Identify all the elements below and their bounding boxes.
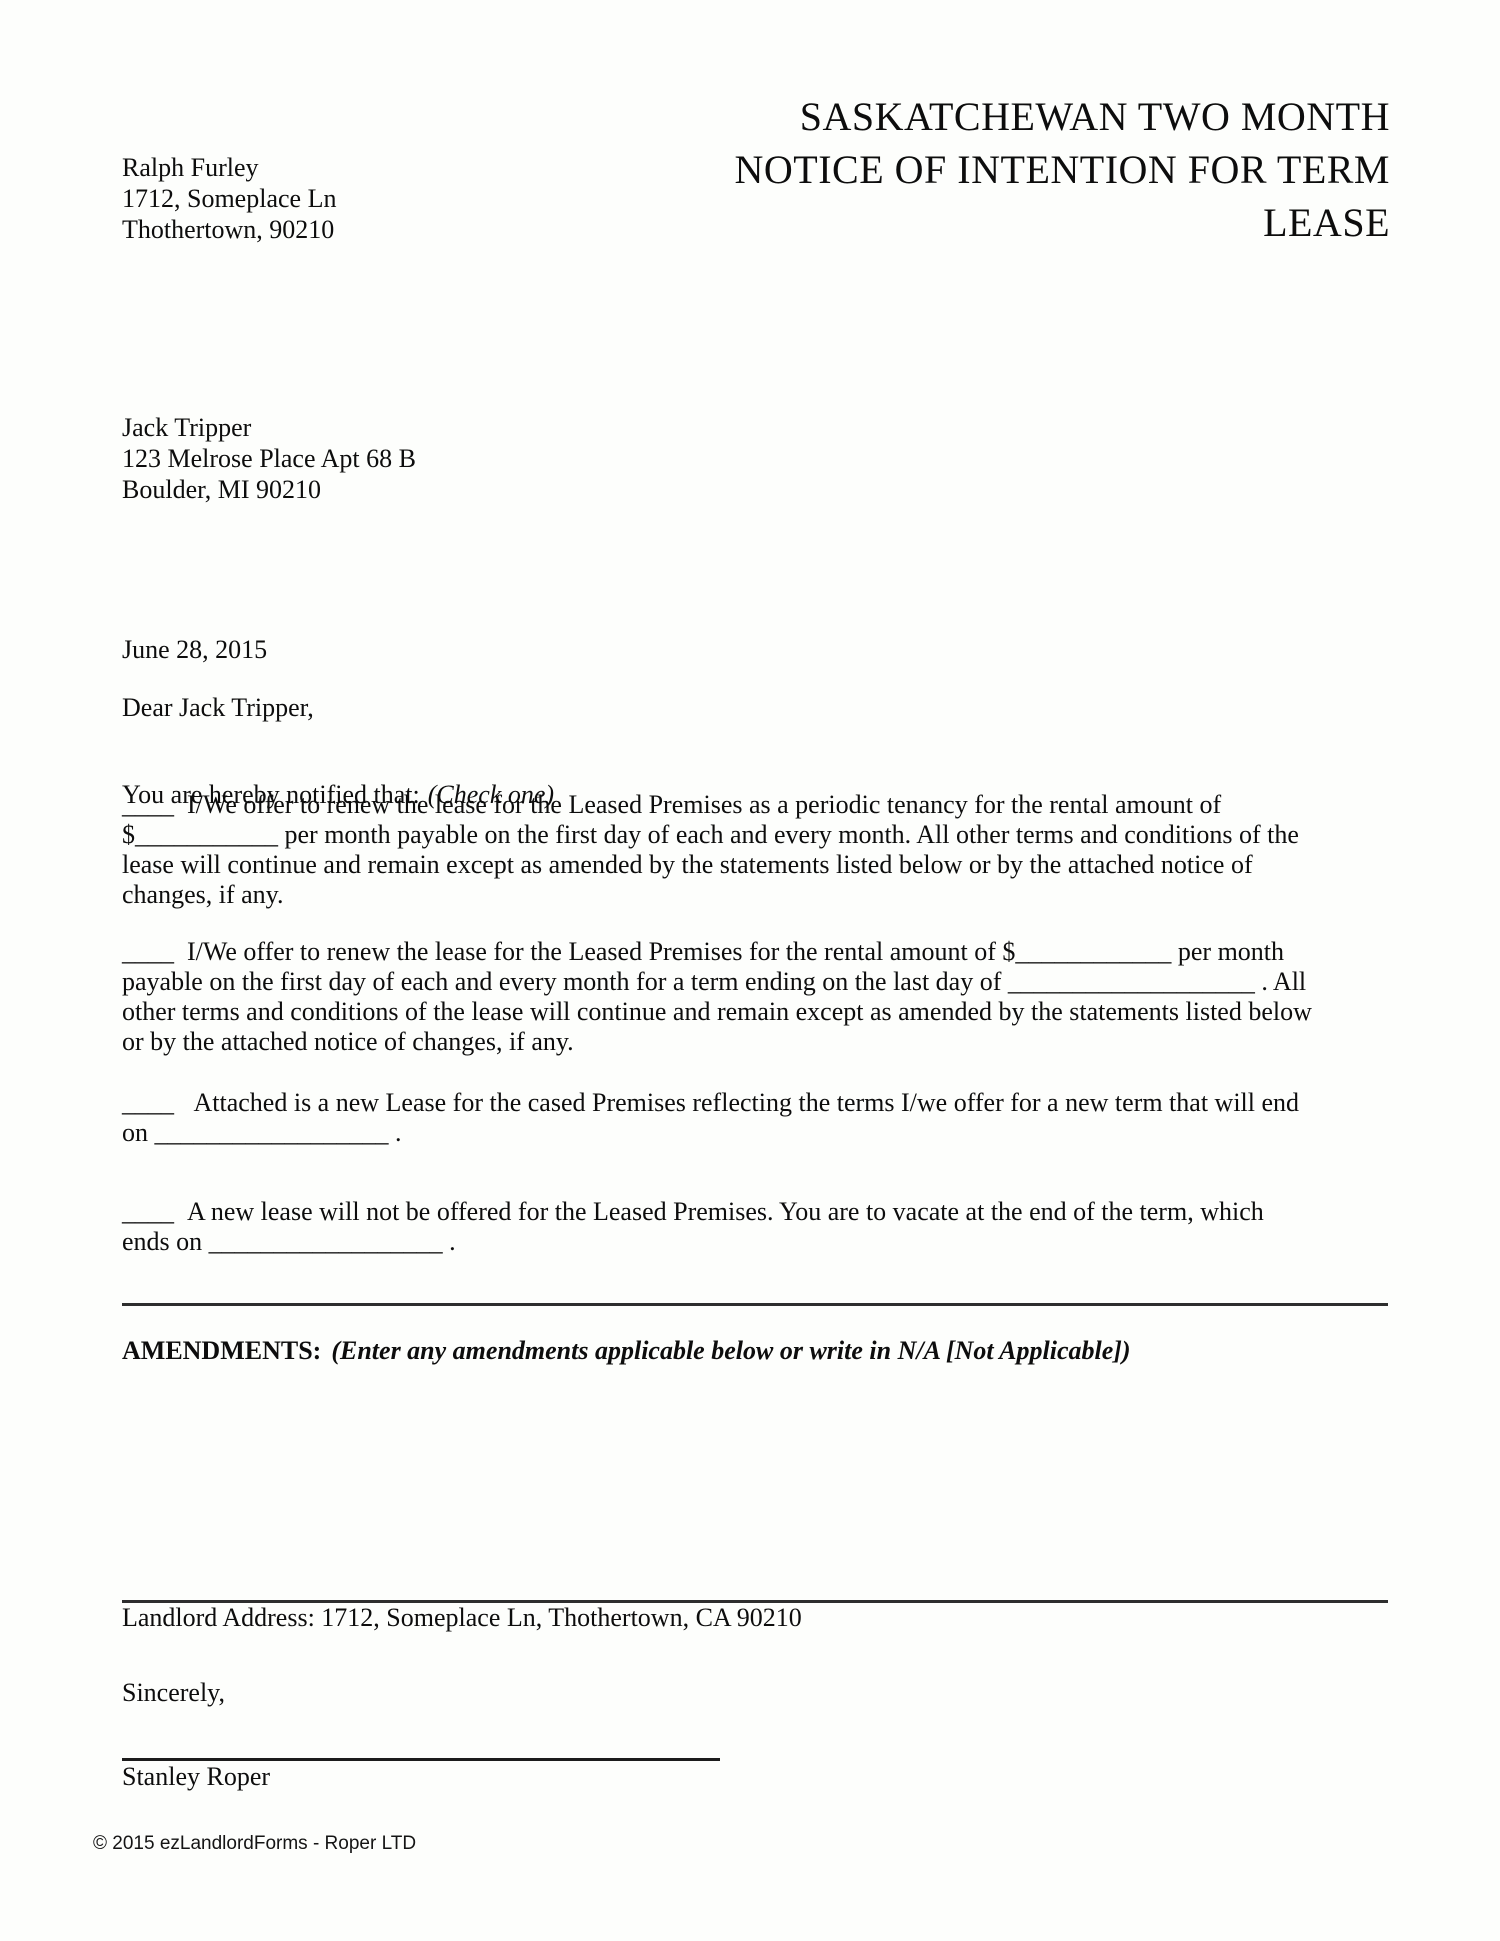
lease-notice-document: Ralph Furley 1712, Someplace Ln Thothert… xyxy=(0,0,1500,1941)
amendments-colon: : xyxy=(313,1336,322,1365)
landlord-address-line: Landlord Address: 1712, Someplace Ln, Th… xyxy=(122,1603,1432,1633)
salutation: Dear Jack Tripper, xyxy=(122,693,314,723)
letter-date: June 28, 2015 xyxy=(122,635,267,665)
recipient-name: Jack Tripper xyxy=(122,412,416,443)
amendments-line: AMENDMENTS:(Enter any amendments applica… xyxy=(122,1306,1432,1366)
lease-option-periodic-renewal: ____ I/We offer to renew the lease for t… xyxy=(122,790,1432,910)
signature-line xyxy=(122,1758,720,1761)
recipient-address-line-2: Boulder, MI 90210 xyxy=(122,474,416,505)
page-title: SASKATCHEWAN TWO MONTH NOTICE OF INTENTI… xyxy=(122,90,1390,249)
amendments-instructions: (Enter any amendments applicable below o… xyxy=(331,1336,1130,1365)
closing: Sincerely, xyxy=(122,1678,225,1708)
recipient-block: Jack Tripper 123 Melrose Place Apt 68 B … xyxy=(122,412,416,505)
footer-copyright: © 2015 ezLandlordForms - Roper LTD xyxy=(93,1833,416,1855)
amendments-heading: AMENDMENTS xyxy=(122,1336,313,1365)
lease-option-new-lease-attached: ____ Attached is a new Lease for the cas… xyxy=(122,1088,1432,1148)
lease-option-no-renewal: ____ A new lease will not be offered for… xyxy=(122,1197,1432,1257)
recipient-address-line-1: 123 Melrose Place Apt 68 B xyxy=(122,443,416,474)
signature-name: Stanley Roper xyxy=(122,1762,270,1792)
lease-option-term-renewal: ____ I/We offer to renew the lease for t… xyxy=(122,937,1432,1057)
